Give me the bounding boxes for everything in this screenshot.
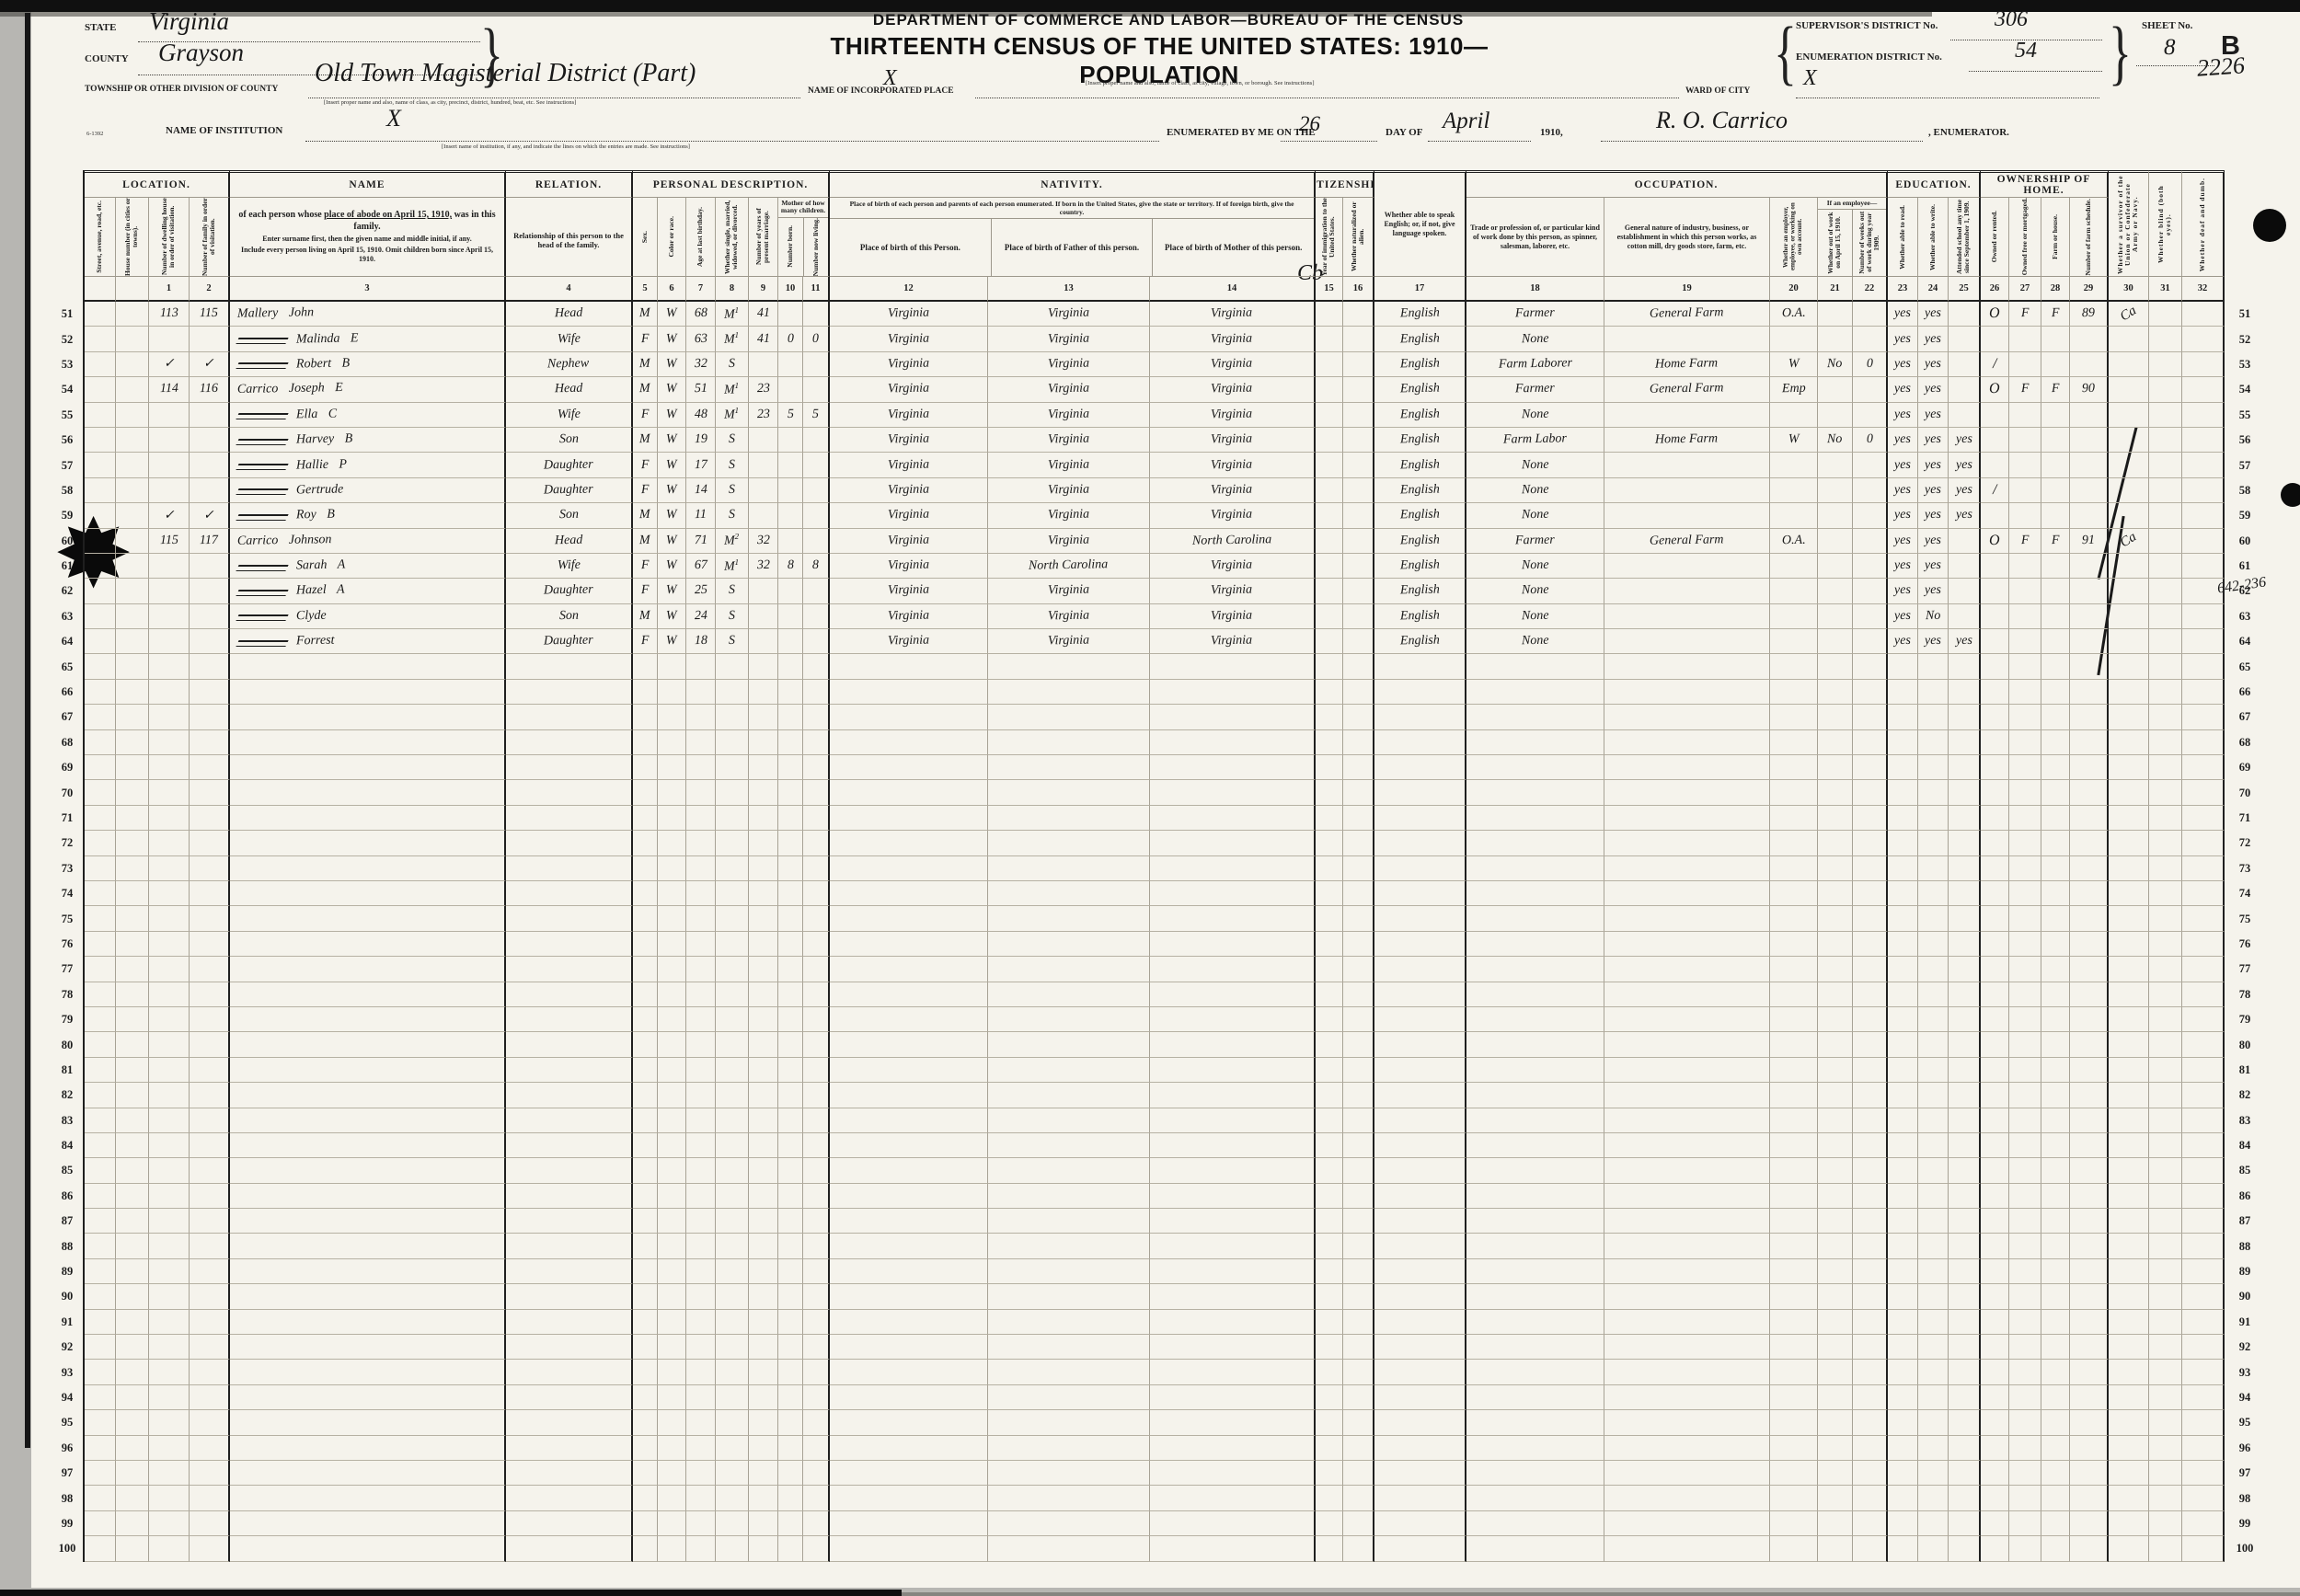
cell-r64-out (1818, 629, 1853, 654)
cell-r53-school (1949, 352, 1981, 377)
column-number: 3 (230, 277, 506, 302)
cell-r73-ind (1604, 856, 1770, 881)
cell-r78-eng (1374, 982, 1466, 1007)
cell-r84-blind (2149, 1133, 2182, 1158)
cell-r54-own: O (1981, 377, 2009, 402)
cell-r68-school (1949, 730, 1981, 755)
column-header-farm-or-house: Farm or house. (2041, 198, 2070, 277)
cell-r84-school (1949, 1133, 1981, 1158)
cell-r52-sched (2070, 327, 2109, 351)
cell-r96-read (1888, 1436, 1918, 1461)
cell-r53-living (803, 352, 830, 377)
handwritten-entry: Daughter (544, 457, 593, 473)
cell-r93-rel (506, 1360, 633, 1384)
cell-r96-imm (1316, 1436, 1343, 1461)
cell-r99-trade (1466, 1511, 1604, 1536)
cell-r97-school (1949, 1461, 1981, 1486)
cell-r63-pbm: Virginia (1150, 604, 1316, 629)
handwritten-entry: 48 (694, 408, 707, 422)
cell-r82-sex (633, 1083, 658, 1108)
cell-r69-born (778, 755, 803, 780)
cell-r74-yrs (749, 881, 778, 906)
cell-r62-imm (1316, 579, 1343, 603)
cell-r83-read (1888, 1108, 1918, 1133)
cell-r90-weeks (1853, 1284, 1888, 1309)
handwritten-entry: W (666, 583, 677, 598)
cell-r63-weeks (1853, 604, 1888, 629)
enumeration-rule (1969, 70, 2102, 72)
cell-r100-born (778, 1536, 803, 1561)
row-number-left: 51 (52, 302, 85, 327)
cell-r63-blind (2149, 604, 2182, 629)
cell-r51-imm (1316, 302, 1343, 327)
cell-r91-school (1949, 1310, 1981, 1335)
cell-r96-house (116, 1436, 149, 1461)
cell-r68-blind (2149, 730, 2182, 755)
cell-r63-deaf (2182, 604, 2225, 629)
cell-r55-write: yes (1918, 403, 1949, 428)
cell-r80-weeks (1853, 1032, 1888, 1057)
cell-r82-name (230, 1083, 506, 1108)
cell-r78-sched (2070, 982, 2109, 1007)
cell-r58-rel: Daughter (506, 478, 633, 503)
cell-r53-vet (2109, 352, 2149, 377)
handwritten-entry: None (1522, 634, 1549, 649)
cell-r100-eng (1374, 1536, 1466, 1561)
cell-r89-school (1949, 1259, 1981, 1284)
cell-r93-pbm (1150, 1360, 1316, 1384)
cell-r62-write: yes (1918, 579, 1949, 603)
cell-r64-own (1981, 629, 2009, 654)
cell-r77-sex (633, 957, 658, 982)
cell-r72-emp (1770, 831, 1818, 855)
cell-r80-living (803, 1032, 830, 1057)
cell-r90-age (686, 1284, 716, 1309)
cell-r74-street (85, 881, 116, 906)
cell-r61-living: 8 (803, 554, 830, 579)
cell-r74-ind (1604, 881, 1770, 906)
cell-r57-street (85, 453, 116, 477)
handwritten-entry: Virginia (1048, 483, 1089, 499)
handwritten-entry: / (1993, 356, 1997, 373)
cell-r54-age: 51 (686, 377, 716, 402)
cell-r81-own (1981, 1058, 2009, 1083)
row-number-right: 61 (2225, 554, 2265, 579)
cell-r95-born (778, 1410, 803, 1435)
cell-r56-sex: M (633, 428, 658, 453)
cell-r67-sex (633, 705, 658, 729)
cell-r76-pb (830, 932, 988, 957)
cell-r85-street (85, 1158, 116, 1183)
column-number: 1 (149, 277, 190, 302)
cell-r81-living (803, 1058, 830, 1083)
handwritten-entry: S (729, 457, 735, 472)
row-number-right: 82 (2225, 1083, 2265, 1108)
cell-r97-color (658, 1461, 686, 1486)
cell-r71-sched (2070, 806, 2109, 831)
cell-r100-ind (1604, 1536, 1770, 1561)
day-of-label: DAY OF (1386, 127, 1422, 138)
cell-r86-vet (2109, 1184, 2149, 1209)
handwritten-entry: Gertrude (296, 482, 344, 498)
cell-r61-sex: F (633, 554, 658, 579)
cell-r99-pbf (988, 1511, 1150, 1536)
column-header-english: Whether able to speak English; or, if no… (1374, 170, 1466, 277)
cell-r96-own (1981, 1436, 2009, 1461)
cell-r51-farm: F (2041, 302, 2070, 327)
cell-r57-school: yes (1949, 453, 1981, 477)
cell-r82-weeks (1853, 1083, 1888, 1108)
cell-r54-out (1818, 377, 1853, 402)
handwritten-entry: Virginia (888, 583, 929, 599)
cell-r59-farm (2041, 503, 2070, 528)
cell-r55-age: 48 (686, 403, 716, 428)
cell-r72-ind (1604, 831, 1770, 855)
cell-r84-deaf (2182, 1133, 2225, 1158)
cell-r91-ind (1604, 1310, 1770, 1335)
cell-r60-living (803, 529, 830, 554)
cell-r80-born (778, 1032, 803, 1057)
column-number: 12 (830, 277, 988, 302)
cell-r54-ind: General Farm (1604, 377, 1770, 402)
column-header-employer-status: Whether an employer, employee, or workin… (1770, 198, 1818, 277)
cell-r77-read (1888, 957, 1918, 982)
cell-r69-sched (2070, 755, 2109, 780)
cell-r90-rel (506, 1284, 633, 1309)
cell-r63-free (2009, 604, 2041, 629)
cell-r74-house (116, 881, 149, 906)
cell-r55-fam (190, 403, 230, 428)
cell-r81-free (2009, 1058, 2041, 1083)
cell-r86-farm (2041, 1184, 2070, 1209)
cell-r99-age (686, 1511, 716, 1536)
row-number-left: 89 (52, 1259, 85, 1284)
cell-r74-trade (1466, 881, 1604, 906)
cell-r90-house (116, 1284, 149, 1309)
cell-r94-emp (1770, 1385, 1818, 1410)
cell-r83-born (778, 1108, 803, 1133)
cell-r85-emp (1770, 1158, 1818, 1183)
column-number: 29 (2070, 277, 2109, 302)
cell-r84-pb (830, 1133, 988, 1158)
cell-r64-eng: English (1374, 629, 1466, 654)
cell-r85-rel (506, 1158, 633, 1183)
cell-r56-own (1981, 428, 2009, 453)
cell-r90-pb (830, 1284, 988, 1309)
cell-r58-pb: Virginia (830, 478, 988, 503)
cell-r65-blind (2149, 654, 2182, 679)
cell-r88-trade (1466, 1234, 1604, 1258)
row-number-left: 52 (52, 327, 85, 351)
cell-r70-emp (1770, 780, 1818, 805)
handwritten-entry: F (2052, 382, 2060, 396)
cell-r76-school (1949, 932, 1981, 957)
handwritten-entry: English (1399, 407, 1439, 422)
cell-r85-age (686, 1158, 716, 1183)
cell-r75-sex (633, 906, 658, 931)
cell-r92-ind (1604, 1335, 1770, 1360)
handwritten-entry: W (666, 457, 677, 472)
row-number-left: 56 (52, 428, 85, 453)
cell-r51-rel: Head (506, 302, 633, 327)
cell-r95-vet (2109, 1410, 2149, 1435)
handwritten-entry: ✓ (163, 508, 174, 523)
column-number: 11 (803, 277, 830, 302)
cell-r84-pbf (988, 1133, 1150, 1158)
row-number-left: 85 (52, 1158, 85, 1183)
cell-r64-dwell (149, 629, 190, 654)
cell-r54-vet (2109, 377, 2149, 402)
cell-r60-pb: Virginia (830, 529, 988, 554)
cell-r68-pbf (988, 730, 1150, 755)
cell-r92-write (1918, 1335, 1949, 1360)
cell-r80-blind (2149, 1032, 2182, 1057)
handwritten-entry: S (729, 357, 735, 372)
cell-r64-house (116, 629, 149, 654)
cell-r78-ind (1604, 982, 1770, 1007)
handwritten-entry: yes (1894, 457, 1911, 472)
cell-r63-dwell (149, 604, 190, 629)
cell-r59-pb: Virginia (830, 503, 988, 528)
column-header-owned-free-mortgaged: Owned free or mortgaged. (2009, 198, 2041, 277)
cell-r66-color (658, 680, 686, 705)
column-number: 30 (2109, 277, 2149, 302)
cell-r70-mar (716, 780, 749, 805)
cell-r88-born (778, 1234, 803, 1258)
supervisor-district-label: SUPERVISOR'S DISTRICT No. (1796, 20, 1938, 31)
cell-r100-sex (633, 1536, 658, 1561)
cell-r69-rel (506, 755, 633, 780)
cell-r69-pb (830, 755, 988, 780)
row-number-right: 51 (2225, 302, 2265, 327)
cell-r60-sex: M (633, 529, 658, 554)
cell-r53-fam: ✓ (190, 352, 230, 377)
cell-r100-age (686, 1536, 716, 1561)
cell-r97-sex (633, 1461, 658, 1486)
cell-r58-pbm: Virginia (1150, 478, 1316, 503)
cell-r87-rel (506, 1209, 633, 1234)
cell-r66-sched (2070, 680, 2109, 705)
cell-r86-own (1981, 1184, 2009, 1209)
cell-r51-write: yes (1918, 302, 1949, 327)
cell-r78-fam (190, 982, 230, 1007)
cell-r85-own (1981, 1158, 2009, 1183)
cell-r51-deaf (2182, 302, 2225, 327)
cell-r99-farm (2041, 1511, 2070, 1536)
cell-r74-name (230, 881, 506, 906)
row-number-right: 73 (2225, 856, 2265, 881)
cell-r69-street (85, 755, 116, 780)
cell-r59-rel: Son (506, 503, 633, 528)
cell-r72-deaf (2182, 831, 2225, 855)
cell-r60-rel: Head (506, 529, 633, 554)
cell-r64-color: W (658, 629, 686, 654)
cell-r100-street (85, 1536, 116, 1561)
cell-r56-rel: Son (506, 428, 633, 453)
cell-r100-color (658, 1536, 686, 1561)
row-number-left: 61 (52, 554, 85, 579)
cell-r59-trade: None (1466, 503, 1604, 528)
cell-r87-eng (1374, 1209, 1466, 1234)
cell-r55-free (2009, 403, 2041, 428)
cell-r75-trade (1466, 906, 1604, 931)
sheet-value: 8 (2164, 35, 2176, 61)
row-number-left: 87 (52, 1209, 85, 1234)
cell-r96-school (1949, 1436, 1981, 1461)
cell-r51-read: yes (1888, 302, 1918, 327)
cell-r95-free (2009, 1410, 2041, 1435)
cell-r74-color (658, 881, 686, 906)
cell-r77-rel (506, 957, 633, 982)
cell-r78-trade (1466, 982, 1604, 1007)
cell-r67-nat (1343, 705, 1374, 729)
cell-r55-nat (1343, 403, 1374, 428)
cell-r68-nat (1343, 730, 1374, 755)
cell-r77-house (116, 957, 149, 982)
handwritten-entry: yes (1894, 534, 1911, 548)
cell-r91-pbf (988, 1310, 1150, 1335)
cell-r66-house (116, 680, 149, 705)
cell-r70-dwell (149, 780, 190, 805)
cell-r92-out (1818, 1335, 1853, 1360)
handwritten-entry: Virginia (888, 483, 929, 499)
cell-r53-yrs (749, 352, 778, 377)
cell-r71-fam (190, 806, 230, 831)
row-number-left: 82 (52, 1083, 85, 1108)
cell-r88-school (1949, 1234, 1981, 1258)
column-header-name-description: of each person whose place of abode on A… (230, 198, 506, 277)
cell-r53-born (778, 352, 803, 377)
row-number-left: 100 (52, 1536, 85, 1561)
cell-r82-living (803, 1083, 830, 1108)
cell-r85-name (230, 1158, 506, 1183)
cell-r92-living (803, 1335, 830, 1360)
cell-r77-born (778, 957, 803, 982)
handwritten-entry: Farm Laborer (1498, 356, 1571, 372)
row-number-right: 65 (2225, 654, 2265, 679)
cell-r96-dwell (149, 1436, 190, 1461)
cell-r75-out (1818, 906, 1853, 931)
cell-r95-living (803, 1410, 830, 1435)
cell-r71-pb (830, 806, 988, 831)
cell-r77-deaf (2182, 957, 2225, 982)
cell-r63-trade: None (1466, 604, 1604, 629)
cell-r66-write (1918, 680, 1949, 705)
cell-r78-deaf (2182, 982, 2225, 1007)
cell-r86-sex (633, 1184, 658, 1209)
cell-r93-pb (830, 1360, 988, 1384)
cell-r82-rel (506, 1083, 633, 1108)
column-header-years-married: Number of years of present marriage. (749, 198, 778, 277)
cell-r75-house (116, 906, 149, 931)
cell-r83-eng (1374, 1108, 1466, 1133)
column-header-age: Age at last birthday. (686, 198, 716, 277)
row-number-left: 58 (52, 478, 85, 503)
cell-r80-read (1888, 1032, 1918, 1057)
cell-r56-imm (1316, 428, 1343, 453)
cell-r72-eng (1374, 831, 1466, 855)
cell-r81-vet (2109, 1058, 2149, 1083)
cell-r69-emp (1770, 755, 1818, 780)
cell-r75-sched (2070, 906, 2109, 931)
cell-r98-farm (2041, 1486, 2070, 1510)
cell-r88-pb (830, 1234, 988, 1258)
cell-r58-farm (2041, 478, 2070, 503)
handwritten-entry: yes (1894, 558, 1911, 573)
cell-r81-street (85, 1058, 116, 1083)
cell-r57-pbm: Virginia (1150, 453, 1316, 477)
handwritten-entry: F (641, 558, 650, 573)
cell-r99-deaf (2182, 1511, 2225, 1536)
handwritten-entry: S (729, 609, 735, 624)
cell-r66-emp (1770, 680, 1818, 705)
handwritten-entry: W (666, 331, 677, 346)
cell-r86-name (230, 1184, 506, 1209)
cell-r80-trade (1466, 1032, 1604, 1057)
handwritten-entry: Daughter (544, 634, 593, 649)
handwritten-entry: 23 (756, 408, 769, 422)
cell-r70-farm (2041, 780, 2070, 805)
cell-r82-blind (2149, 1083, 2182, 1108)
cell-r78-school (1949, 982, 1981, 1007)
cell-r73-write (1918, 856, 1949, 881)
cell-r99-color (658, 1511, 686, 1536)
handwritten-entry: 0 (1866, 357, 1872, 372)
cell-r58-street (85, 478, 116, 503)
cell-r59-own (1981, 503, 2009, 528)
cell-r83-fam (190, 1108, 230, 1133)
cell-r56-age: 19 (686, 428, 716, 453)
cell-r98-street (85, 1486, 116, 1510)
cell-r69-free (2009, 755, 2041, 780)
cell-r61-name: Sarah A (230, 554, 506, 579)
cell-r97-vet (2109, 1461, 2149, 1486)
cell-r58-sched (2070, 478, 2109, 503)
cell-r60-deaf (2182, 529, 2225, 554)
cell-r88-dwell (149, 1234, 190, 1258)
row-number-left: 78 (52, 982, 85, 1007)
cell-r55-out (1818, 403, 1853, 428)
cell-r53-pbf: Virginia (988, 352, 1150, 377)
cell-r69-nat (1343, 755, 1374, 780)
cell-r83-pbm (1150, 1108, 1316, 1133)
enumerator-label: , ENUMERATOR. (1928, 127, 2009, 138)
cell-r85-eng (1374, 1158, 1466, 1183)
cell-r89-trade (1466, 1259, 1604, 1284)
handwritten-entry: M2 (724, 532, 739, 549)
ditto-mark (236, 338, 288, 344)
row-number-left: 72 (52, 831, 85, 855)
handwritten-entry: yes (1925, 508, 1941, 522)
cell-r79-write (1918, 1007, 1949, 1032)
cell-r84-house (116, 1133, 149, 1158)
cell-r78-pbm (1150, 982, 1316, 1007)
cell-r100-nat (1343, 1536, 1374, 1561)
cell-r70-blind (2149, 780, 2182, 805)
cell-r74-age (686, 881, 716, 906)
handwritten-entry: yes (1894, 306, 1911, 321)
cell-r99-school (1949, 1511, 1981, 1536)
cell-r67-mar (716, 705, 749, 729)
cell-r68-deaf (2182, 730, 2225, 755)
handwritten-entry: 23 (756, 382, 769, 396)
cell-r82-farm (2041, 1083, 2070, 1108)
handwritten-entry: Virginia (1048, 583, 1089, 599)
incorporated-note: [Insert proper name and also, name of cl… (1086, 80, 1315, 86)
cell-r64-mar: S (716, 629, 749, 654)
handwritten-entry: Farmer (1515, 382, 1555, 397)
handwritten-entry: 24 (694, 609, 707, 624)
